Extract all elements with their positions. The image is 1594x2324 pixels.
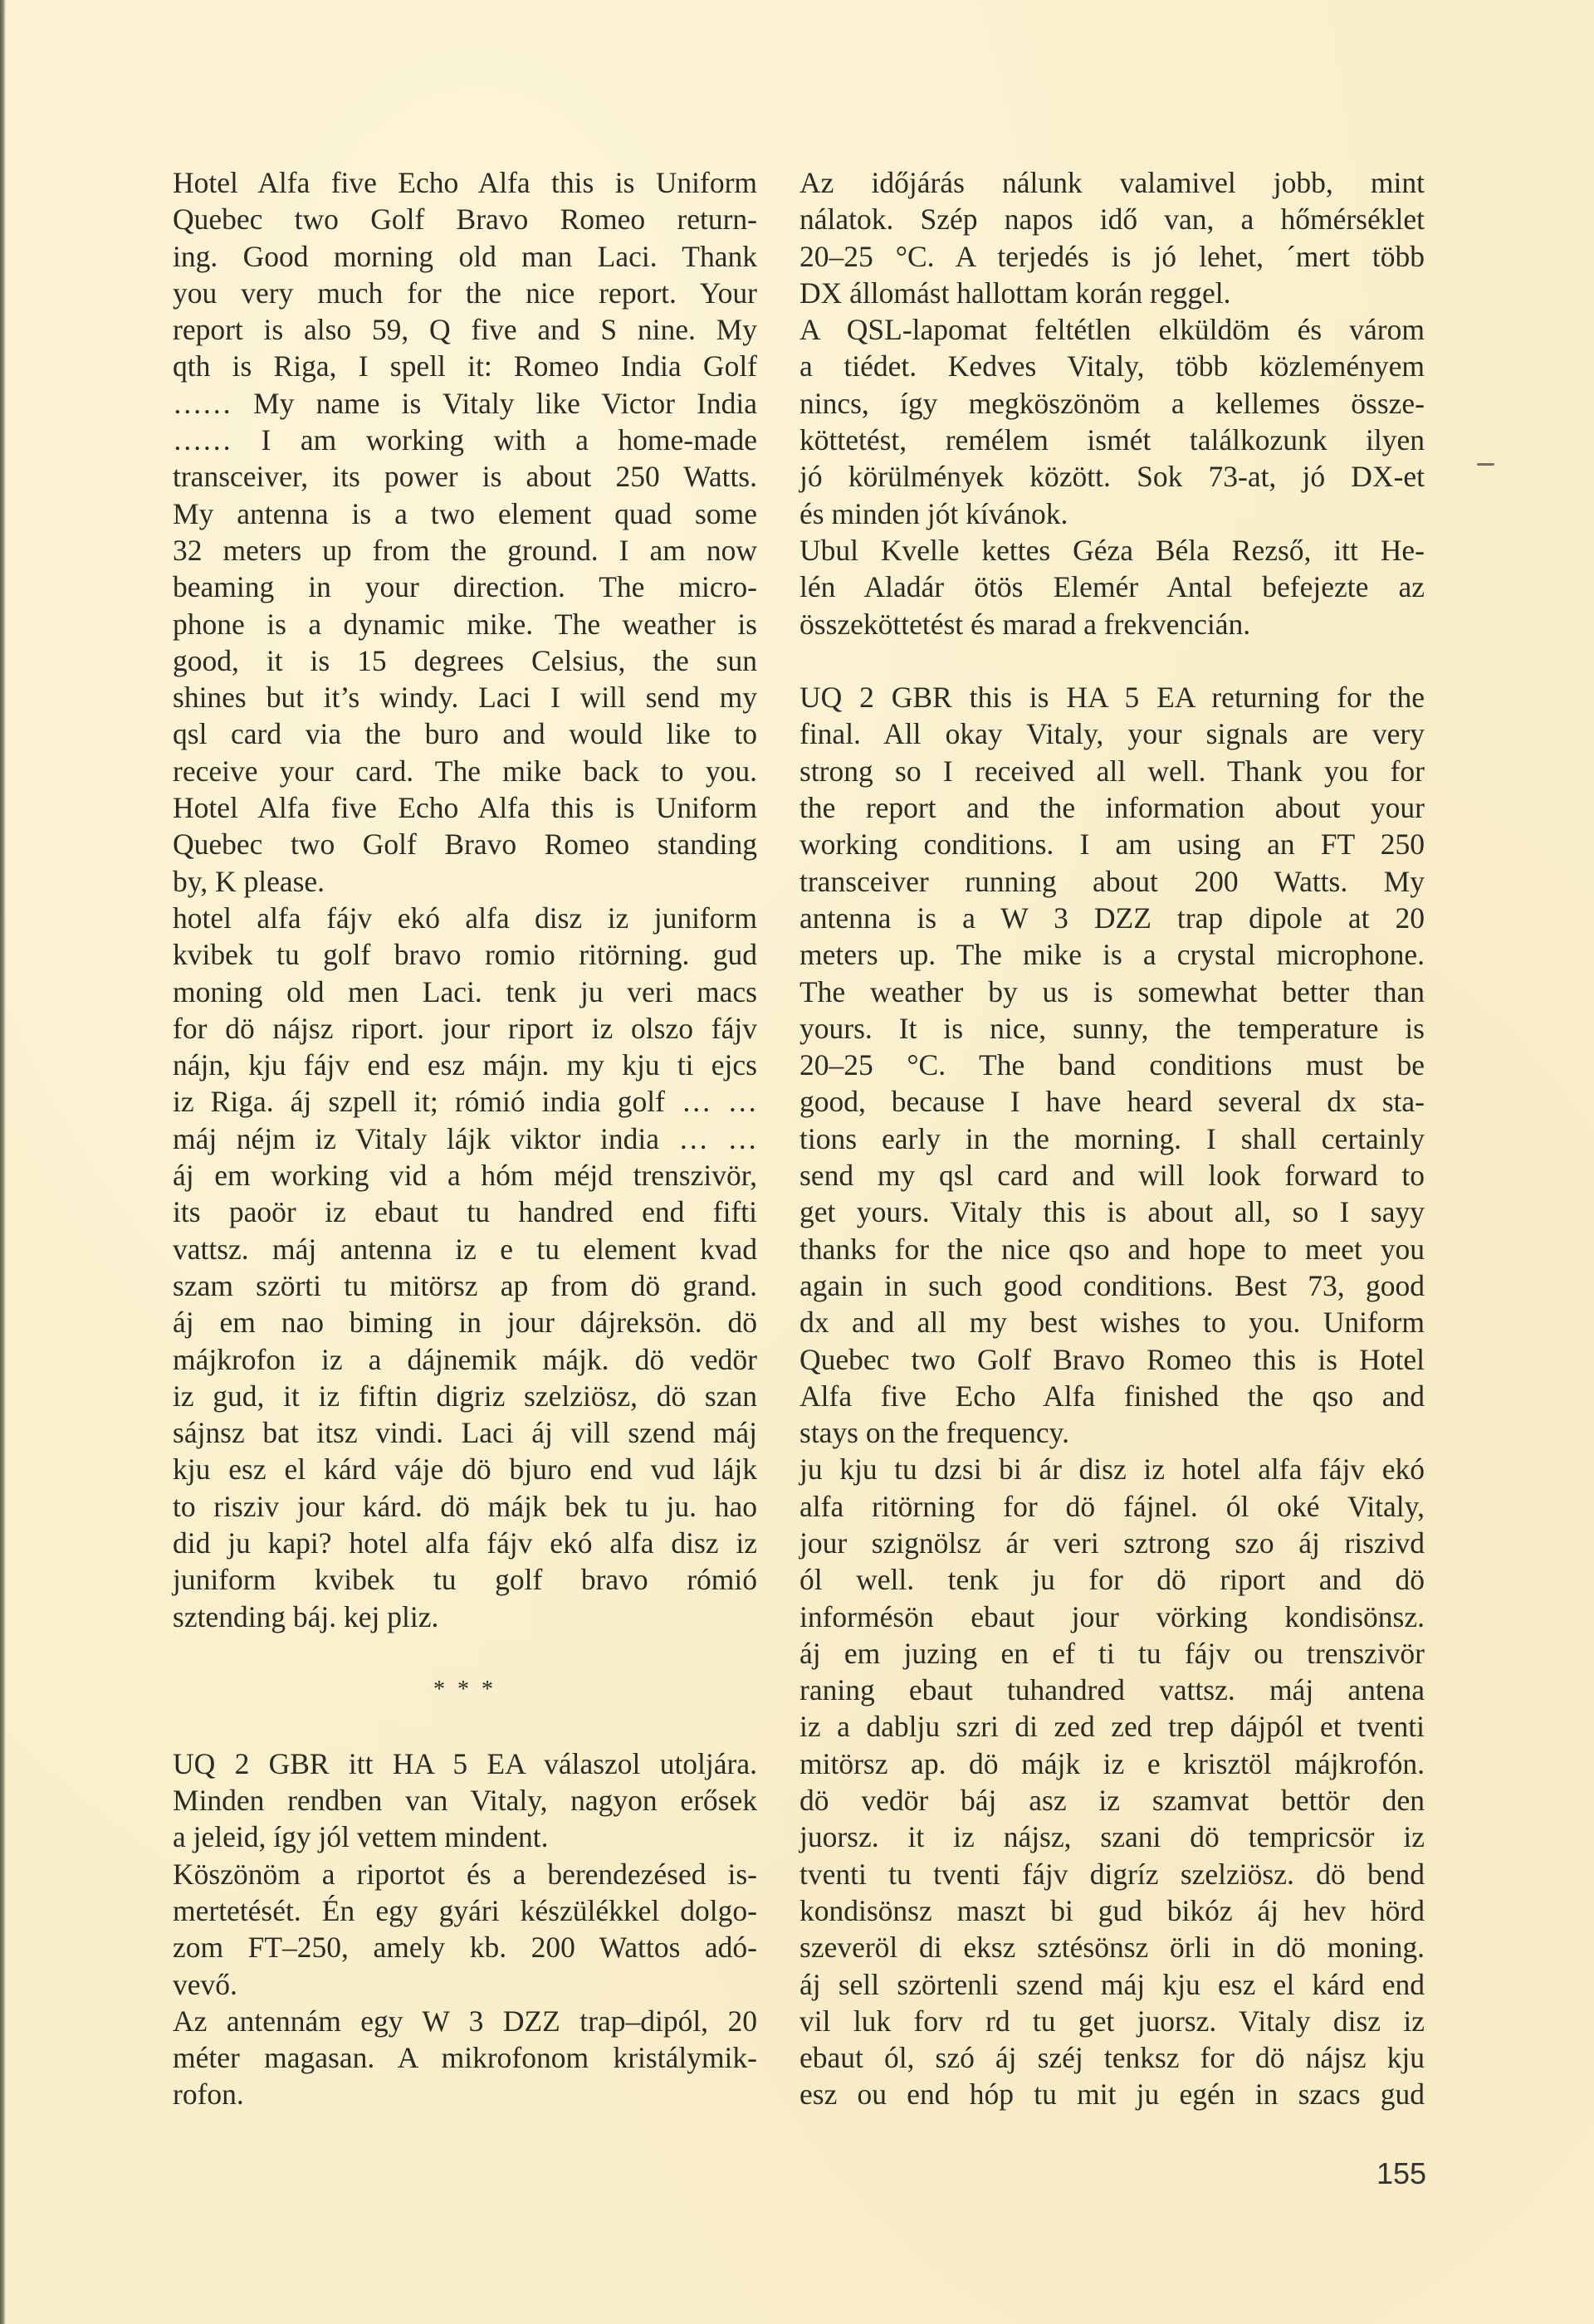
text-line: nálatok. Szép napos idő van, a hőmérsékl… (799, 201, 1425, 237)
text-line: meters up. The mike is a crystal microph… (799, 936, 1425, 973)
text-line: májkrofon iz a dájnemik májk. dö vedör (173, 1341, 757, 1378)
text-line: send my qsl card and will look forward t… (799, 1157, 1425, 1194)
text-line: juniform kvibek tu golf bravo rómió (173, 1561, 757, 1598)
text-line: transceiver, its power is about 250 Watt… (173, 458, 757, 495)
text-line: Köszönöm a riportot és a berendezésed is… (173, 1856, 757, 1892)
text-line: zom FT–250, amely kb. 200 Wattos adó- (173, 1929, 757, 1965)
spacer (173, 1708, 757, 1745)
text-line: nájn, kju fájv end esz májn. my kju ti e… (173, 1047, 757, 1083)
text-line: for dö nájsz riport. jour riport iz olsz… (173, 1010, 757, 1047)
text-line: hotel alfa fájv ekó alfa disz iz junifor… (173, 900, 757, 936)
text-line: köttetést, remélem ismét találkozunk ily… (799, 422, 1425, 458)
right-column: Az időjárás nálunk valamivel jobb, mint … (799, 164, 1425, 2113)
phonetic-transcription-block: hotel alfa fájv ekó alfa disz iz junifor… (173, 900, 757, 1635)
text-line: you very much for the nice report. Your (173, 275, 757, 311)
text-line: vevő. (173, 1966, 757, 2003)
text-line: moning old men Laci. tenk ju veri macs (173, 974, 757, 1010)
text-line: again in such good conditions. Best 73, … (799, 1267, 1425, 1304)
page-binding-edge (0, 0, 6, 2324)
text-line: …… I am working with a home-made (173, 422, 757, 458)
text-line: iz gud, it iz fiftin digriz szelziösz, d… (173, 1378, 757, 1414)
text-line: transceiver running about 200 Watts. My (799, 863, 1425, 900)
text-line: és minden jót kívánok. (799, 496, 1425, 532)
hungarian-reply-block: UQ 2 GBR itt HA 5 EA válaszol utoljára. … (173, 1745, 757, 2113)
text-line: szeveröl di eksz sztésönsz örli in dö mo… (799, 1929, 1425, 1965)
text-line: did ju kapi? hotel alfa fájv ekó alfa di… (173, 1525, 757, 1561)
text-line: a tiédet. Kedves Vitaly, több közleménye… (799, 348, 1425, 384)
text-line: to risziv jour kárd. dö májk bek tu ju. … (173, 1488, 757, 1525)
text-line: Quebec two Golf Bravo Romeo return- (173, 201, 757, 237)
text-line: Minden rendben van Vitaly, nagyon erősek (173, 1782, 757, 1819)
text-line: vil luk forv rd tu get juorsz. Vitaly di… (799, 2003, 1425, 2039)
text-line: good, because I have heard several dx st… (799, 1083, 1425, 1120)
text-line: qth is Riga, I spell it: Romeo India Gol… (173, 348, 757, 384)
text-line: stays on the frequency. (799, 1414, 1425, 1451)
margin-dash-mark (1477, 463, 1494, 466)
text-line: UQ 2 GBR this is HA 5 EA returning for t… (799, 679, 1425, 715)
text-line: good, it is 15 degrees Celsius, the sun (173, 642, 757, 679)
section-separator: * * * (173, 1672, 757, 1708)
spacer (173, 1635, 757, 1672)
page-number: 155 (1376, 2156, 1426, 2191)
text-line: receive your card. The mike back to you. (173, 753, 757, 789)
text-line: lén Aladár ötös Elemér Antal befejezte a… (799, 569, 1425, 605)
text-line: mertetését. Én egy gyári készülékkel dol… (173, 1892, 757, 1929)
text-line: antenna is a W 3 DZZ trap dipole at 20 (799, 900, 1425, 936)
text-line: iz Riga. áj szpell it; rómió india golf … (173, 1083, 757, 1120)
text-line: sájnsz bat itsz vindi. Laci áj vill szen… (173, 1414, 757, 1451)
text-line: qsl card via the buro and would like to (173, 715, 757, 752)
book-page: Hotel Alfa five Echo Alfa this is Unifor… (0, 0, 1594, 2324)
text-line: Ubul Kvelle kettes Géza Béla Rezső, itt … (799, 532, 1425, 569)
text-line: 20–25 °C. A terjedés is jó lehet, ´mert … (799, 238, 1425, 275)
text-line: esz ou end hóp tu mit ju egén in szacs g… (799, 2076, 1425, 2112)
text-line: 20–25 °C. The band conditions must be (799, 1047, 1425, 1083)
text-line: máj néjm iz Vitaly lájk viktor india … … (173, 1120, 757, 1157)
text-line: Alfa five Echo Alfa finished the qso and (799, 1378, 1425, 1414)
text-line: DX állomást hallottam korán reggel. (799, 275, 1425, 311)
text-line: by, K please. (173, 863, 757, 900)
text-line: its paoör iz ebaut tu handred end fifti (173, 1194, 757, 1230)
text-line: Az időjárás nálunk valamivel jobb, mint (799, 164, 1425, 201)
text-line: iz a dablju szri di zed zed trep dájpól … (799, 1708, 1425, 1745)
text-line: rofon. (173, 2076, 757, 2112)
text-line: áj em working vid a hóm méjd trenszivör, (173, 1157, 757, 1194)
text-line: …… My name is Vitaly like Victor India (173, 385, 757, 422)
hungarian-continuation-block: Az időjárás nálunk valamivel jobb, mint … (799, 164, 1425, 642)
text-line: My antenna is a two element quad some (173, 496, 757, 532)
text-line: ju kju tu dzsi bi ár disz iz hotel alfa … (799, 1451, 1425, 1487)
text-line: A QSL-lapomat feltétlen elküldöm és váro… (799, 311, 1425, 348)
text-line: jó körülmények között. Sok 73-at, jó DX-… (799, 458, 1425, 495)
text-line: shines but it’s windy. Laci I will send … (173, 679, 757, 715)
text-line: dx and all my best wishes to you. Unifor… (799, 1304, 1425, 1340)
text-line: informésön ebaut jour vörking kondisönsz… (799, 1599, 1425, 1635)
text-line: kondisönsz maszt bi gud bikóz áj hev hör… (799, 1892, 1425, 1929)
text-line: nincs, így megköszönöm a kellemes össze- (799, 385, 1425, 422)
text-line: kvibek tu golf bravo romio ritörning. gu… (173, 936, 757, 973)
text-line: Quebec two Golf Bravo Romeo this is Hote… (799, 1341, 1425, 1378)
text-line: tventi tu tventi fájv digríz szelziösz. … (799, 1856, 1425, 1892)
text-line: final. All okay Vitaly, your signals are… (799, 715, 1425, 752)
text-line: 32 meters up from the ground. I am now (173, 532, 757, 569)
text-line: juorsz. it iz nájsz, szani dö tempricsör… (799, 1819, 1425, 1855)
english-final-transmission-block: UQ 2 GBR this is HA 5 EA returning for t… (799, 679, 1425, 2113)
text-line: jour szignölsz ár veri sztrong szo áj ri… (799, 1525, 1425, 1561)
text-line: Quebec two Golf Bravo Romeo standing (173, 826, 757, 862)
text-line: ebaut ól, szó áj széj tenksz for dö nájs… (799, 2039, 1425, 2076)
text-line: mitörsz ap. dö májk iz e krisztöl májkro… (799, 1745, 1425, 1782)
text-line: kju esz el kárd váje dö bjuro end vud lá… (173, 1451, 757, 1487)
text-line: vattsz. máj antenna iz e tu element kvad (173, 1231, 757, 1267)
text-line: dö vedör báj asz iz szamvat bettör den (799, 1782, 1425, 1819)
text-line: ól well. tenk ju for dö riport and dö (799, 1561, 1425, 1598)
text-line: Az antennám egy W 3 DZZ trap–dipól, 20 (173, 2003, 757, 2039)
text-line: ing. Good morning old man Laci. Thank (173, 238, 757, 275)
text-line: yours. It is nice, sunny, the temperatur… (799, 1010, 1425, 1047)
text-line: áj em juzing en ef ti tu fájv ou trenszi… (799, 1635, 1425, 1672)
text-line: working conditions. I am using an FT 250 (799, 826, 1425, 862)
text-line: méter magasan. A mikrofonom kristálymik- (173, 2039, 757, 2076)
text-line: szam szörti tu mitörsz ap from dö grand. (173, 1267, 757, 1304)
text-line: Hotel Alfa five Echo Alfa this is Unifor… (173, 164, 757, 201)
text-line: strong so I received all well. Thank you… (799, 753, 1425, 789)
text-line: sztending báj. kej pliz. (173, 1599, 757, 1635)
text-line: report is also 59, Q five and S nine. My (173, 311, 757, 348)
text-line: alfa ritörning for dö fájnel. ól oké Vit… (799, 1488, 1425, 1525)
text-line: áj em nao biming in jour dájreksön. dö (173, 1304, 757, 1340)
text-line: áj sell szörtenli szend máj kju esz el k… (799, 1966, 1425, 2003)
text-line: the report and the information about you… (799, 789, 1425, 826)
text-line: beaming in your direction. The micro- (173, 569, 757, 605)
text-line: The weather by us is somewhat better tha… (799, 974, 1425, 1010)
english-transmission-block: Hotel Alfa five Echo Alfa this is Unifor… (173, 164, 757, 900)
text-line: get yours. Vitaly this is about all, so … (799, 1194, 1425, 1230)
spacer (799, 642, 1425, 679)
text-line: thanks for the nice qso and hope to meet… (799, 1231, 1425, 1267)
text-line: tions early in the morning. I shall cert… (799, 1120, 1425, 1157)
text-line: raning ebaut tuhandred vattsz. máj anten… (799, 1672, 1425, 1708)
text-line: Hotel Alfa five Echo Alfa this is Unifor… (173, 789, 757, 826)
left-column: Hotel Alfa five Echo Alfa this is Unifor… (173, 164, 757, 2113)
text-line: phone is a dynamic mike. The weather is (173, 606, 757, 642)
text-line: a jeleid, így jól vettem mindent. (173, 1819, 757, 1855)
text-line: UQ 2 GBR itt HA 5 EA válaszol utoljára. (173, 1745, 757, 1782)
text-line: összeköttetést és marad a frekvencián. (799, 606, 1425, 642)
